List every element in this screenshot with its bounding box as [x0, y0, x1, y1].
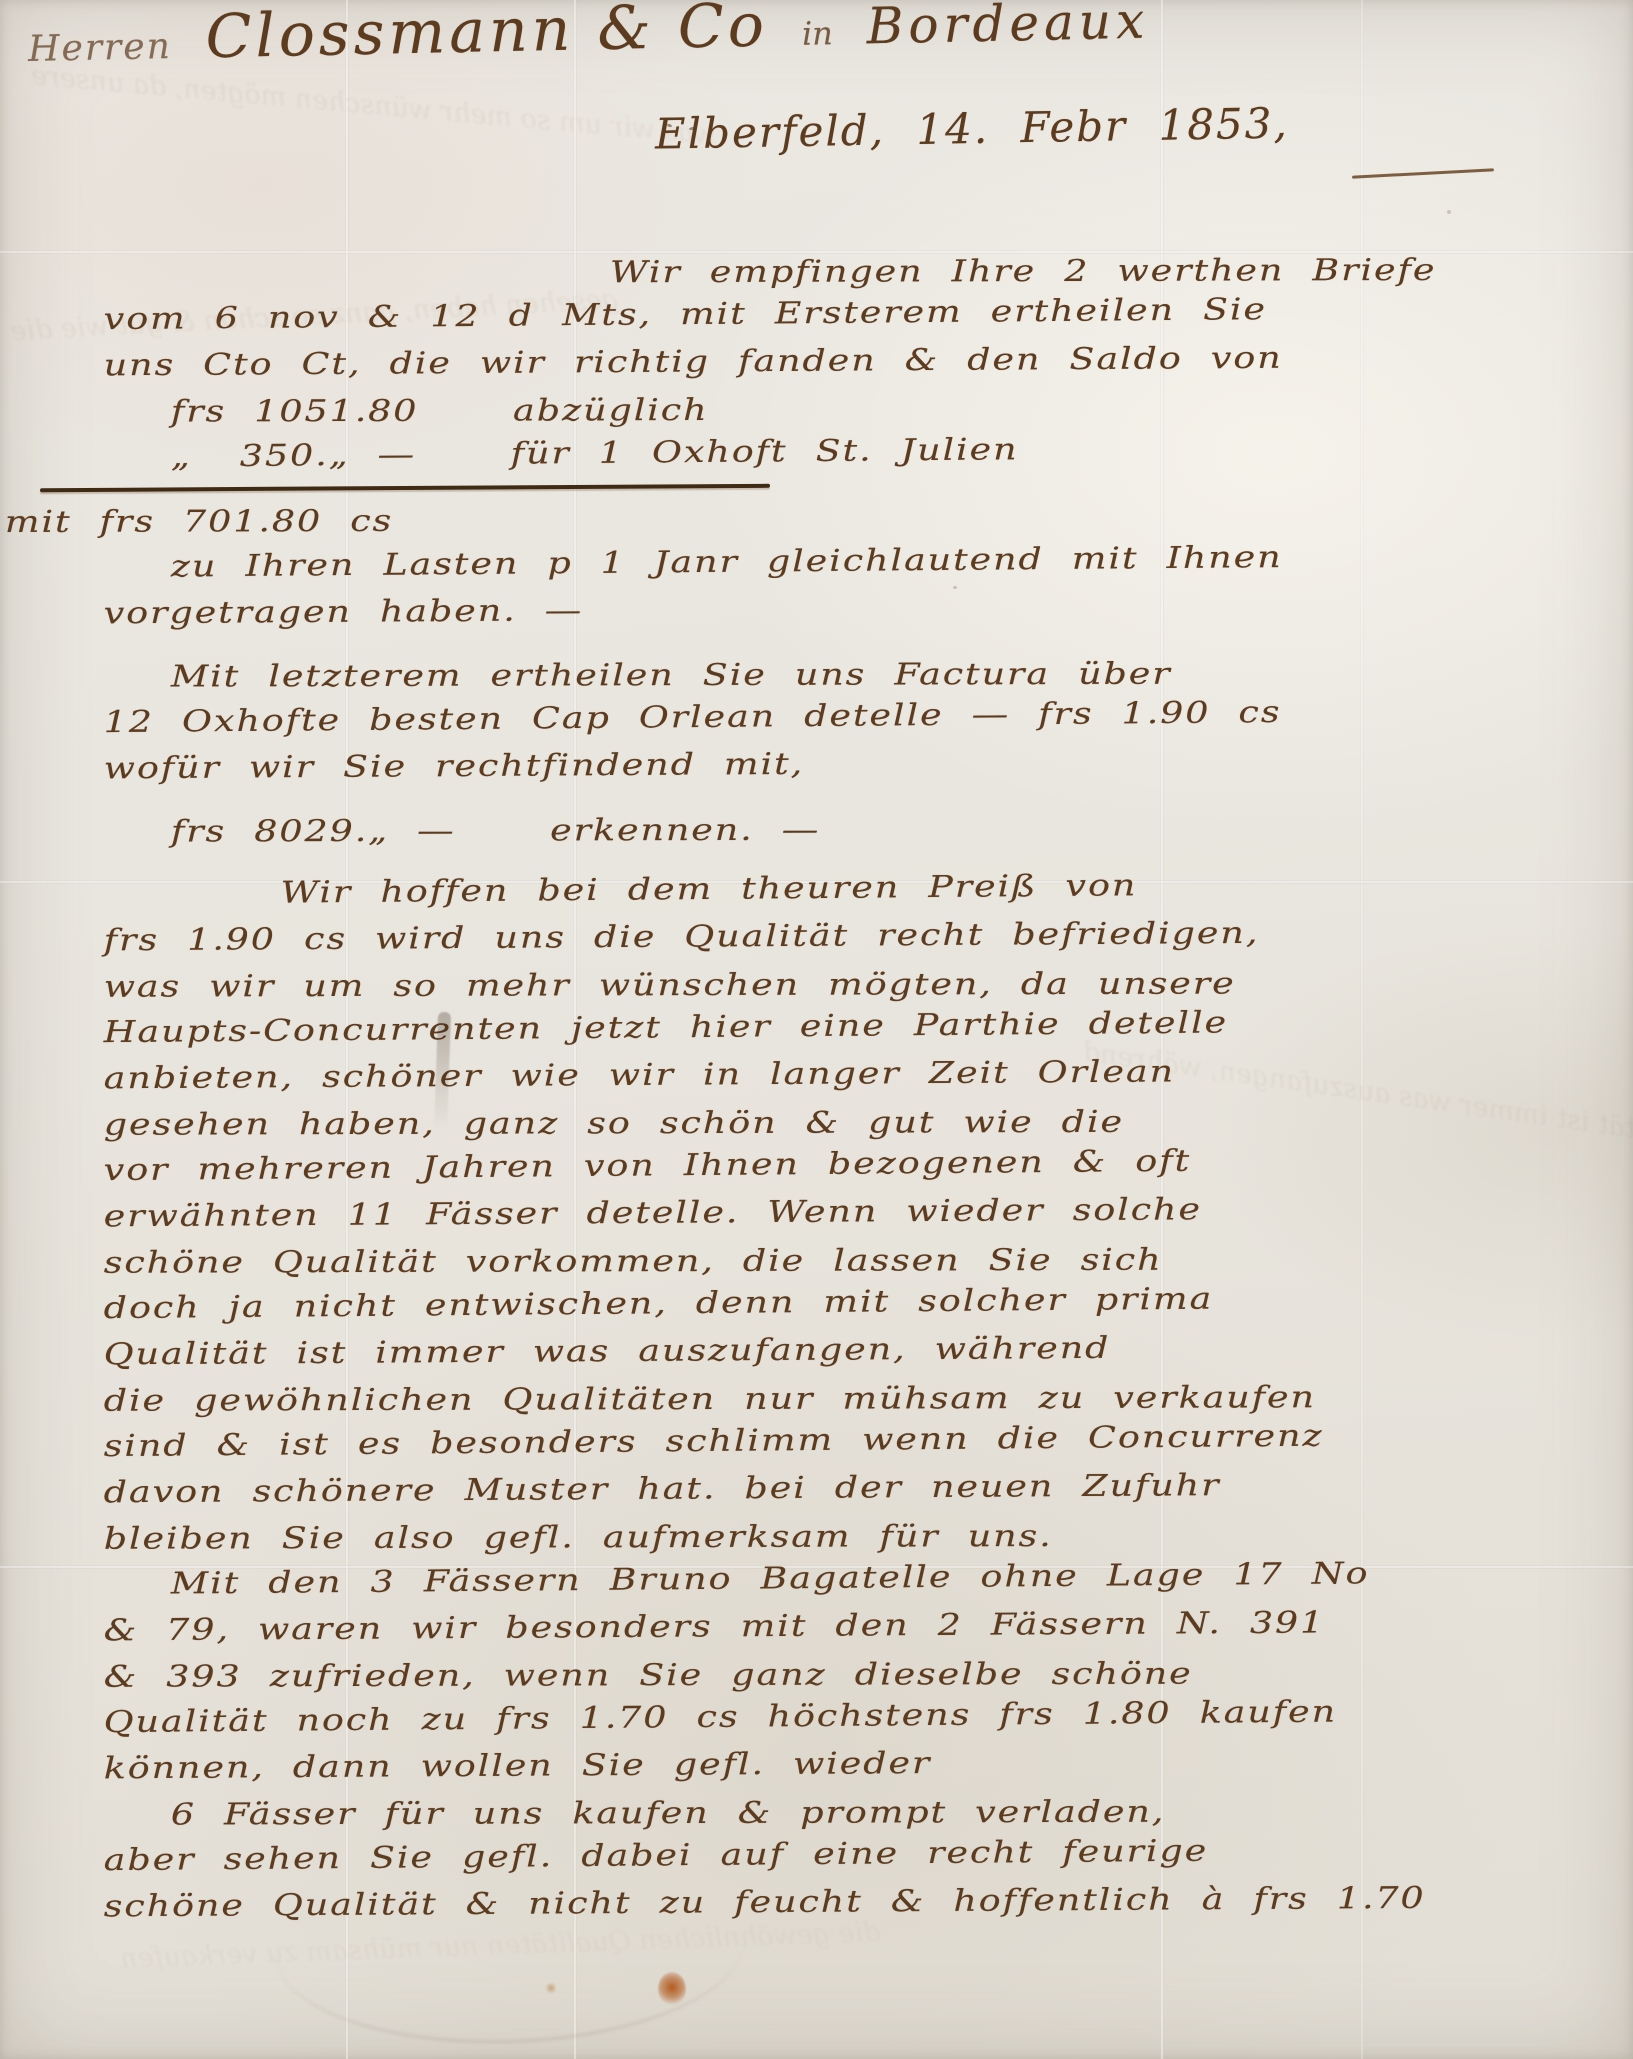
dateline-date: 14. Febr 1853,	[916, 98, 1289, 153]
ink-speck	[1447, 210, 1451, 214]
addressee-city: Bordeaux	[866, 0, 1150, 55]
dateline-place: Elberfeld,	[655, 106, 886, 159]
sum-underline-rule	[40, 484, 770, 492]
dateline-underline-flourish	[1352, 168, 1494, 178]
addressee-conjunction: in	[802, 14, 834, 53]
letter-line: frs 8029.„ — erkennen. —	[0, 804, 1633, 856]
addressee-firm-name: Clossmann & Co	[205, 0, 769, 72]
addressee-line: Herren Clossmann & Co in Bordeaux	[27, 0, 1150, 76]
letter-page: was wir um so mehr wünschen mögten, da u…	[0, 0, 1633, 2059]
addressee-salutation: Herren	[28, 26, 172, 70]
dateline: Elberfeld, 14. Febr 1853,	[655, 98, 1290, 158]
letter-body: Wir empfingen Ihre 2 werthen Briefevom 6…	[0, 252, 1633, 1931]
ink-speck	[953, 586, 957, 589]
